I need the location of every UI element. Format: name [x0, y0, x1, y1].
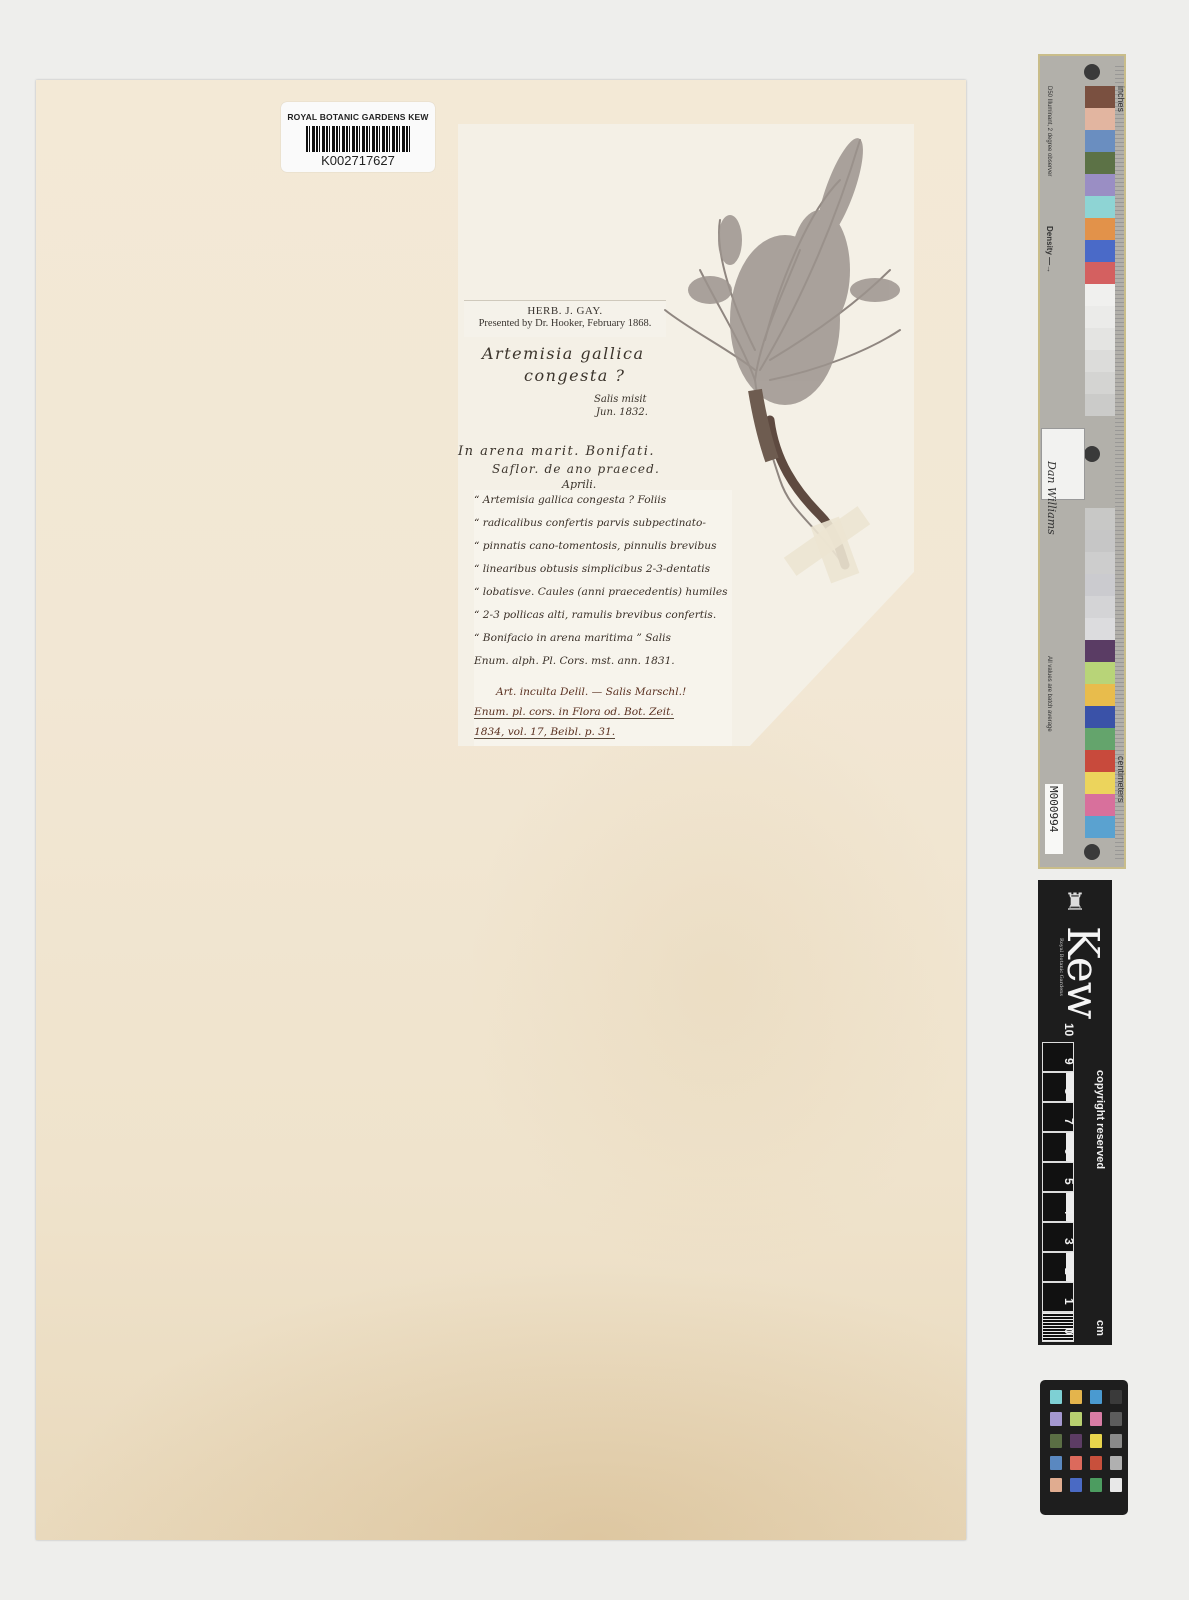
color-swatch — [1090, 1478, 1102, 1492]
taxon-name-line: Artemisia gallica — [482, 344, 644, 363]
color-swatch — [1090, 1412, 1102, 1426]
annotation-line: Enum. pl. cors. in Flora od. Bot. Zeit. — [474, 706, 674, 719]
scale-number: 6 — [1062, 1148, 1076, 1155]
scale-unit: cm — [1094, 1320, 1106, 1336]
barcode-icon — [306, 126, 410, 152]
unit-inches: inches — [1116, 86, 1126, 112]
color-swatch — [1050, 1456, 1062, 1470]
color-swatch — [1070, 1390, 1082, 1404]
institution-name: ROYAL BOTANIC GARDENS KEW — [281, 112, 435, 122]
color-patch — [1085, 218, 1115, 240]
color-swatch — [1110, 1478, 1122, 1492]
grey-patch — [1085, 574, 1115, 596]
kew-scale-bar: ♜ Kew Royal Botanic Gardens 0 1 2 3 4 5 … — [1038, 880, 1112, 1345]
scale-number: 10 — [1062, 1023, 1076, 1036]
color-patch — [1085, 816, 1115, 838]
color-swatch — [1110, 1390, 1122, 1404]
color-swatch — [1050, 1434, 1062, 1448]
description-line: “ 2-3 pollicas alti, ramulis brevibus co… — [474, 609, 716, 621]
barcode-label: ROYAL BOTANIC GARDENS KEW K002717627 — [281, 102, 435, 172]
color-calibration-ruler: D50 Illuminant, 2 degree observer Densit… — [1038, 54, 1126, 869]
color-patch — [1085, 662, 1115, 684]
unit-centimeters: centimeters — [1116, 756, 1126, 803]
annotation-line: Art. inculta Delil. — Salis Marschl.! — [496, 686, 686, 698]
ruler-hole-icon — [1084, 64, 1100, 80]
color-swatch — [1110, 1434, 1122, 1448]
color-swatch — [1070, 1478, 1082, 1492]
copyright-notice: copyright reserved — [1094, 1070, 1106, 1169]
color-swatch — [1050, 1412, 1062, 1426]
color-patch — [1085, 262, 1115, 284]
color-checker-card — [1040, 1380, 1128, 1515]
presentation-note: Presented by Dr. Hooker, February 1868. — [464, 318, 666, 329]
kew-logo-subtext: Royal Botanic Gardens — [1058, 938, 1064, 996]
color-swatch — [1090, 1434, 1102, 1448]
illuminant-note: D50 Illuminant, 2 degree observer — [1046, 86, 1052, 176]
collector-note: Salis misit — [594, 394, 647, 405]
ruler-ticks — [1115, 66, 1124, 861]
grey-patch — [1085, 306, 1115, 328]
grey-patch — [1085, 372, 1115, 394]
handwritten-label-primary: Artemisia gallica congesta ? Salis misit… — [466, 338, 688, 488]
grey-patch — [1085, 328, 1115, 350]
batch-note: All values are batch average — [1046, 656, 1052, 732]
collection-date: Jun. 1832. — [596, 407, 648, 418]
scale-number: 8 — [1062, 1088, 1076, 1095]
plant-specimen-icon — [660, 120, 920, 590]
water-stain — [466, 680, 966, 1280]
scale-number: 2 — [1062, 1268, 1076, 1275]
color-swatch — [1070, 1412, 1082, 1426]
grey-patch — [1085, 394, 1115, 416]
printed-herbarium-label: HERB. J. GAY. Presented by Dr. Hooker, F… — [464, 300, 666, 337]
color-patch — [1085, 706, 1115, 728]
color-patch — [1085, 240, 1115, 262]
barcode-number: K002717627 — [281, 153, 435, 168]
color-swatch — [1090, 1390, 1102, 1404]
color-patch — [1085, 684, 1115, 706]
color-patch — [1085, 174, 1115, 196]
ruler-hole-icon — [1084, 844, 1100, 860]
ruler-brand: Dan Williams — [1045, 461, 1058, 535]
scale-number: 0 — [1062, 1328, 1076, 1335]
royal-crest-icon: ♜ — [1058, 886, 1092, 920]
scale-number: 3 — [1062, 1238, 1076, 1245]
scale-number: 7 — [1062, 1118, 1076, 1125]
color-patch — [1085, 794, 1115, 816]
color-swatch — [1110, 1412, 1122, 1426]
color-swatch — [1070, 1456, 1082, 1470]
color-patch — [1085, 130, 1115, 152]
ruler-id-tag: M000994 — [1045, 784, 1063, 854]
color-swatch — [1090, 1456, 1102, 1470]
color-patch — [1085, 152, 1115, 174]
centimeter-scale — [1042, 1042, 1074, 1342]
color-patch — [1085, 640, 1115, 662]
grey-patch — [1085, 508, 1115, 530]
ruler-hole-icon — [1084, 446, 1100, 462]
grey-patch — [1085, 552, 1115, 574]
grey-patch — [1085, 618, 1115, 640]
color-swatch — [1110, 1456, 1122, 1470]
color-swatch — [1070, 1434, 1082, 1448]
description-line: “ Artemisia gallica congesta ? Foliis — [474, 494, 666, 506]
locality-line: Saflor. de ano praeced. — [492, 462, 660, 476]
scale-number: 9 — [1062, 1058, 1076, 1065]
scale-number: 5 — [1062, 1178, 1076, 1185]
scale-number: 1 — [1062, 1298, 1076, 1305]
grey-patch — [1085, 530, 1115, 552]
herbarium-name: HERB. J. GAY. — [464, 305, 666, 317]
color-patch — [1085, 772, 1115, 794]
color-patch — [1085, 86, 1115, 108]
grey-patch — [1085, 596, 1115, 618]
water-stain — [36, 1260, 966, 1540]
color-patch — [1085, 108, 1115, 130]
description-line: Enum. alph. Pl. Cors. mst. ann. 1831. — [474, 655, 675, 667]
locality-line: In arena marit. Bonifati. — [458, 444, 655, 459]
kew-logo: Kew — [1057, 926, 1108, 1018]
density-label: Density —→ — [1045, 226, 1054, 273]
grey-patch — [1085, 350, 1115, 372]
grey-patch — [1085, 284, 1115, 306]
taxon-name-line: congesta ? — [524, 366, 625, 385]
scale-number: 4 — [1062, 1208, 1076, 1215]
color-swatch — [1050, 1390, 1062, 1404]
color-swatch — [1050, 1478, 1062, 1492]
color-patch — [1085, 728, 1115, 750]
annotation-line: 1834, vol. 17, Beibl. p. 31. — [474, 726, 615, 739]
color-patch — [1085, 750, 1115, 772]
description-line: “ Bonifacio in arena maritima ” Salis — [474, 632, 671, 644]
color-patch — [1085, 196, 1115, 218]
